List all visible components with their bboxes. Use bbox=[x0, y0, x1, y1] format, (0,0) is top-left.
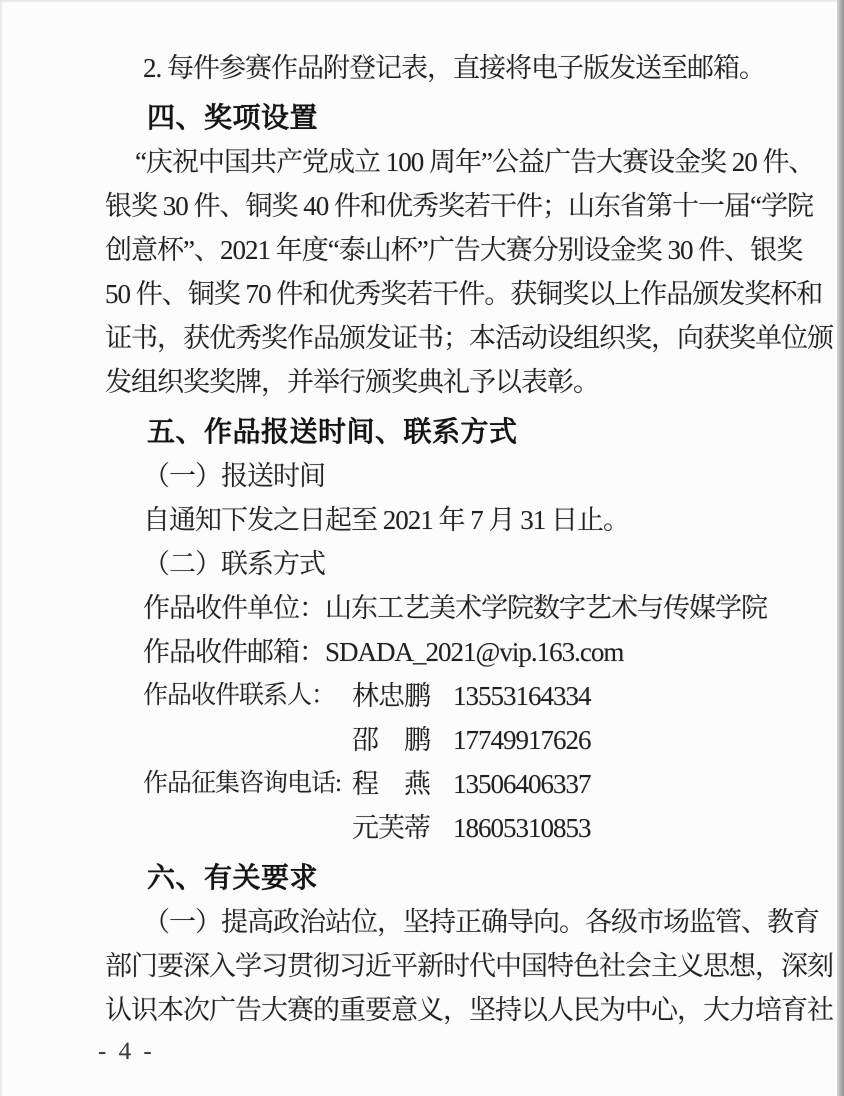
contact-phone: 13553164334 bbox=[453, 674, 591, 718]
para4-line-6: 发组织奖奖牌，并举行颁奖典礼予以表彰。 bbox=[105, 360, 834, 404]
scan-edge-left bbox=[0, 0, 3, 1096]
receiver-unit-line: 作品收件单位：山东工艺美术学院数字艺术与传媒学院 bbox=[105, 586, 834, 630]
sub-heading-5-2: （二）联系方式 bbox=[105, 542, 834, 586]
contact-phone: 13506406337 bbox=[453, 762, 591, 806]
contact-name: 程 燕 bbox=[352, 762, 430, 806]
scan-edge-right bbox=[837, 0, 844, 1096]
scan-edge-top bbox=[0, 0, 844, 3]
heading-section-5: 五、作品报送时间、联系方式 bbox=[105, 410, 834, 454]
document-content: 2. 每件参赛作品附登记表，直接将电子版发送至邮箱。 四、奖项设置 “庆祝中国共… bbox=[105, 46, 834, 1032]
page-number: - 4 - bbox=[98, 1038, 155, 1066]
document-page: 2. 每件参赛作品附登记表，直接将电子版发送至邮箱。 四、奖项设置 “庆祝中国共… bbox=[0, 0, 844, 1096]
para4-line-5: 证书，获优秀奖作品颁发证书；本活动设组织奖，向获奖单位颁 bbox=[105, 316, 834, 360]
contact-name: 元芙蒂 bbox=[352, 806, 430, 850]
contact-row-4: 元芙蒂 18605310853 bbox=[105, 806, 834, 850]
receiver-email-line: 作品收件邮箱：SDADA_2021@vip.163.com bbox=[105, 630, 834, 674]
list-item-2: 2. 每件参赛作品附登记表，直接将电子版发送至邮箱。 bbox=[105, 46, 834, 90]
heading-section-4: 四、奖项设置 bbox=[105, 96, 834, 140]
para6-line-3: 认识本次广告大赛的重要意义，坚持以人民为中心，大力培育社 bbox=[105, 988, 834, 1032]
contact-row-1: 作品收件联系人： 林忠鹏 13553164334 bbox=[105, 674, 834, 718]
para4-line-1: “庆祝中国共产党成立 100 周年”公益广告大赛设金奖 20 件、 bbox=[105, 140, 834, 184]
contact-label: 作品收件联系人： bbox=[143, 674, 335, 718]
contact-label: 作品征集咨询电话: bbox=[143, 762, 341, 806]
contact-name: 邵 鹏 bbox=[352, 718, 430, 762]
sub-heading-5-1: （一）报送时间 bbox=[105, 454, 834, 498]
contact-phone: 17749917626 bbox=[453, 718, 591, 762]
para4-line-4: 50 件、铜奖 70 件和优秀奖若干件。获铜奖以上作品颁发奖杯和 bbox=[105, 272, 834, 316]
para6-line-2: 部门要深入学习贯彻习近平新时代中国特色社会主义思想，深刻 bbox=[105, 944, 834, 988]
para6-line-1: （一）提高政治站位，坚持正确导向。各级市场监管、教育 bbox=[105, 900, 834, 944]
para4-line-3: 创意杯”、2021 年度“泰山杯”广告大赛分别设金奖 30 件、银奖 bbox=[105, 228, 834, 272]
deadline-line: 自通知下发之日起至 2021 年 7 月 31 日止。 bbox=[105, 498, 834, 542]
contact-row-3: 作品征集咨询电话: 程 燕 13506406337 bbox=[105, 762, 834, 806]
contact-phone: 18605310853 bbox=[453, 806, 591, 850]
contact-name: 林忠鹏 bbox=[352, 674, 430, 718]
contact-row-2: 邵 鹏 17749917626 bbox=[105, 718, 834, 762]
heading-section-6: 六、有关要求 bbox=[105, 856, 834, 900]
para4-line-2: 银奖 30 件、铜奖 40 件和优秀奖若干件；山东省第十一届“学院 bbox=[105, 184, 834, 228]
